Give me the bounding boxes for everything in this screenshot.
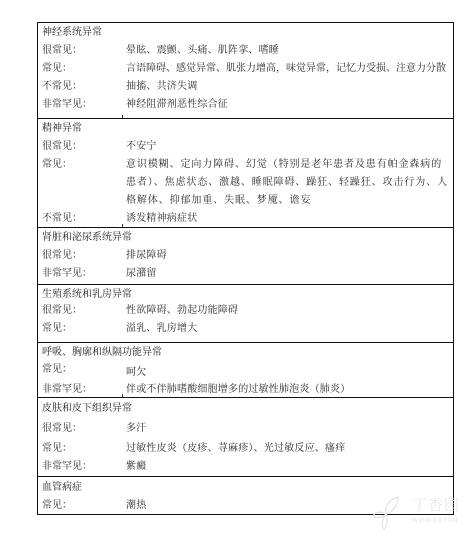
table-row: 常见： 潮热 xyxy=(38,497,453,515)
section-title: 呼吸、胸廓和纵隔功能异常 xyxy=(38,344,453,362)
reaction-value: 多汗 xyxy=(126,419,453,439)
table-row: 非常罕见： 神经阻滞剂恶性综合征 xyxy=(38,96,453,114)
frequency-label: 不常见： xyxy=(38,210,126,228)
reaction-value: 性欲障碍、勃起功能障碍 xyxy=(126,302,453,320)
frequency-label: 常见： xyxy=(38,156,126,210)
frequency-label: 不常见： xyxy=(38,78,126,96)
table-row: 常见： 意识模糊、定向力障碍、幻觉（特别是老年患者及患有帕金森病的患者）、焦虑状… xyxy=(38,156,453,210)
reaction-value: 意识模糊、定向力障碍、幻觉（特别是老年患者及患有帕金森病的患者）、焦虑状态、激越… xyxy=(126,156,453,210)
table-row: 很常见： 排尿障碍 xyxy=(38,247,453,265)
table-row: 很常见： 性欲障碍、勃起功能障碍 xyxy=(38,302,453,320)
reaction-value: 晕眩、震颤、头痛、肌阵挛、嗜睡 xyxy=(126,42,453,60)
section-nervous-system: 神经系统异常 很常见： 晕眩、震颤、头痛、肌阵挛、嗜睡 常见： 言语障碍、感觉异… xyxy=(38,23,453,118)
reaction-value: 言语障碍、感觉异常、肌张力增高，味觉异常，记忆力受损、注意力分散 xyxy=(126,60,453,78)
frequency-label: 很常见： xyxy=(38,302,126,320)
frequency-label: 常见： xyxy=(38,362,126,381)
table-row: 非常罕见： 紫癜 xyxy=(38,459,453,475)
table-row: 常见： 言语障碍、感觉异常、肌张力增高，味觉异常，记忆力受损、注意力分散 xyxy=(38,60,453,78)
section-title: 皮肤和皮下组织异常 xyxy=(38,399,453,419)
frequency-label: 很常见： xyxy=(38,247,126,265)
frequency-label: 非常罕见： xyxy=(38,265,126,283)
frequency-label: 常见： xyxy=(38,497,126,515)
table-row: 不常见： 诱发精神病症状 xyxy=(38,210,453,228)
table-row: 很常见： 晕眩、震颤、头痛、肌阵挛、嗜睡 xyxy=(38,42,453,60)
frequency-label: 常见： xyxy=(38,439,126,459)
reaction-value: 过敏性皮炎（皮疹、荨麻疹）、光过敏反应、瘙痒 xyxy=(126,439,453,459)
section-vascular: 血管病症 常见： 潮热 xyxy=(38,476,453,514)
table-row: 常见： 溢乳、乳房增大 xyxy=(38,320,453,338)
section-title: 血管病症 xyxy=(38,478,453,497)
table-row: 很常见： 不安宁 xyxy=(38,138,453,156)
section-respiratory: 呼吸、胸廓和纵隔功能异常 常见： 呵欠 非常罕见： 伴或不伴肺嗜酸细胞增多的过敏… xyxy=(38,342,453,397)
reaction-value: 紫癜 xyxy=(126,459,453,475)
reaction-value: 排尿障碍 xyxy=(126,247,453,265)
reaction-value: 潮热 xyxy=(126,497,453,515)
reaction-value: 溢乳、乳房增大 xyxy=(126,320,453,338)
table-row: 不常见： 抽搐、共济失调 xyxy=(38,78,453,96)
section-reproductive-breast: 生殖系统和乳房异常 很常见： 性欲障碍、勃起功能障碍 常见： 溢乳、乳房增大 xyxy=(38,284,453,342)
reaction-value: 呵欠 xyxy=(126,362,453,381)
table-row: 常见： 呵欠 xyxy=(38,362,453,381)
section-title: 神经系统异常 xyxy=(38,24,453,42)
table-row: 很常见： 多汗 xyxy=(38,419,453,439)
table-row: 常见： 过敏性皮炎（皮疹、荨麻疹）、光过敏反应、瘙痒 xyxy=(38,439,453,459)
frequency-label: 很常见： xyxy=(38,419,126,439)
reaction-value: 神经阻滞剂恶性综合征 xyxy=(126,96,453,114)
frequency-label: 非常罕见： xyxy=(38,459,126,475)
section-psychiatric: 精神异常 很常见： 不安宁 常见： 意识模糊、定向力障碍、幻觉（特别是老年患者及… xyxy=(38,118,453,227)
table-row: 非常罕见： 尿潴留 xyxy=(38,265,453,283)
section-title: 肾脏和泌尿系统异常 xyxy=(38,229,453,247)
reaction-value: 诱发精神病症状 xyxy=(126,210,453,228)
section-renal-urinary: 肾脏和泌尿系统异常 很常见： 排尿障碍 非常罕见： 尿潴留 xyxy=(38,227,453,284)
frequency-label: 非常罕见： xyxy=(38,96,126,114)
reaction-value: 抽搐、共济失调 xyxy=(126,78,453,96)
watermark-url: WWW.DXY.CN xyxy=(412,517,458,525)
frequency-label: 很常见： xyxy=(38,138,126,156)
frequency-label: 常见： xyxy=(38,60,126,78)
frequency-label: 很常见： xyxy=(38,42,126,60)
section-title: 生殖系统和乳房异常 xyxy=(38,286,453,302)
reaction-value: 不安宁 xyxy=(126,138,453,156)
adverse-reactions-table: 神经系统异常 很常见： 晕眩、震颤、头痛、肌阵挛、嗜睡 常见： 言语障碍、感觉异… xyxy=(37,22,454,515)
frequency-label: 常见： xyxy=(38,320,126,338)
section-title: 精神异常 xyxy=(38,120,453,138)
reaction-value: 尿潴留 xyxy=(126,265,453,283)
section-skin-subcutaneous: 皮肤和皮下组织异常 很常见： 多汗 常见： 过敏性皮炎（皮疹、荨麻疹）、光过敏反… xyxy=(38,397,453,476)
